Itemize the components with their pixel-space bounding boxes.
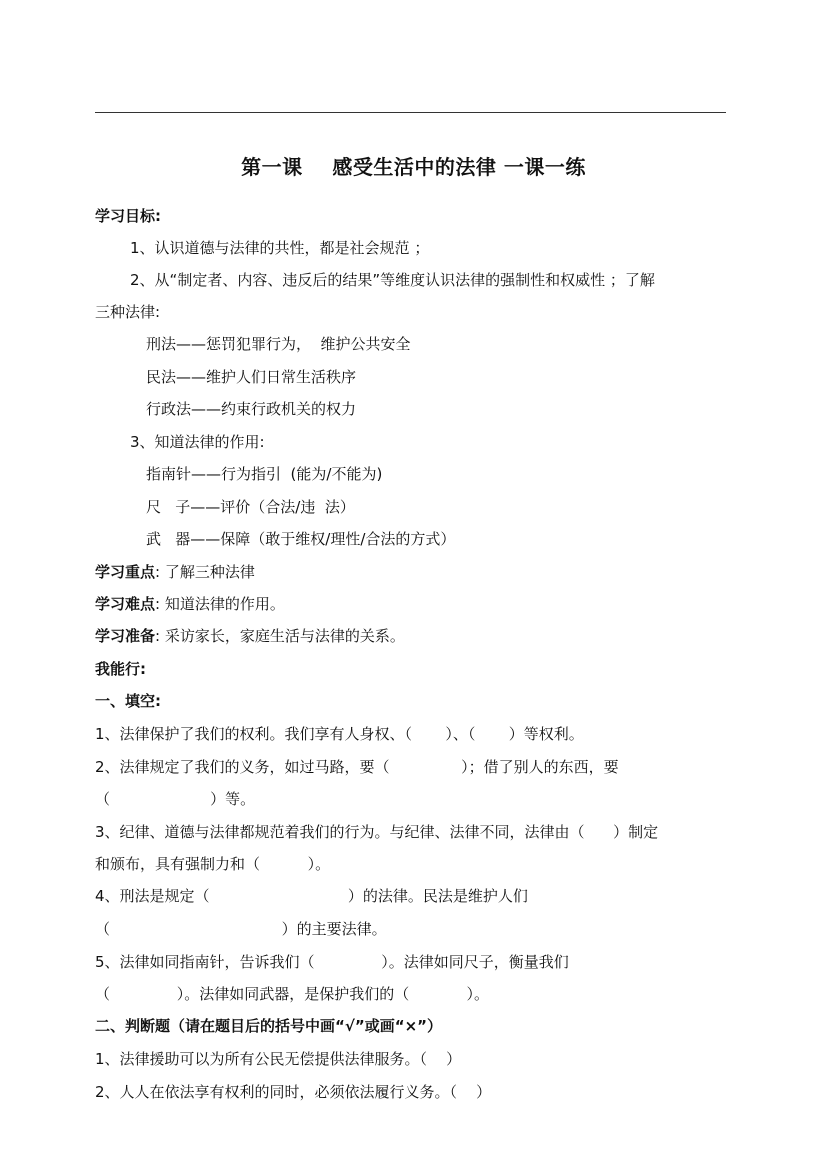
key-point-label: 学习重点 [95, 563, 155, 581]
fill-blank-2-cont: （ ）等。 [95, 789, 255, 809]
law-administrative: 行政法——约束行政机关的权力 [146, 399, 356, 419]
role-compass: 指南针——行为指引 (能为/不能为) [146, 464, 382, 484]
judgment-1: 1、法律援助可以为所有公民无偿提供法律服务。（ ） [95, 1049, 461, 1069]
role-weapon: 武 器——保障（敢于维权/理性/合法的方式） [146, 529, 455, 549]
key-point: 学习重点: 了解三种法律 [95, 562, 255, 582]
fill-blank-5-cont: （ ）。法律如同武器，是保护我们的（ ）。 [95, 984, 489, 1004]
objectives-heading: 学习目标: [95, 206, 161, 226]
fill-blank-5: 5、法律如同指南针，告诉我们（ ）。法律如同尺子，衡量我们 [95, 952, 569, 972]
preparation-text: : 采访家长，家庭生活与法律的关系。 [155, 627, 405, 645]
section1-heading: 一、填空: [95, 691, 161, 711]
objective-item-3: 3、知道法律的作用: [130, 432, 265, 452]
fill-blank-1: 1、法律保护了我们的权利。我们享有人身权、（ ）、（ ）等权利。 [95, 724, 584, 744]
objective-item-1: 1、认识道德与法律的共性，都是社会规范 ； [130, 238, 429, 258]
law-civil: 民法——维护人们日常生活秩序 [146, 367, 356, 387]
judgment-2: 2、人人在依法享有权利的同时，必须依法履行义务。（ ） [95, 1082, 491, 1102]
objective-item-2-cont: 三种法律: [95, 302, 160, 322]
fill-blank-2: 2、法律规定了我们的义务，如过马路，要（ ）；借了别人的东西，要 [95, 757, 619, 777]
fill-blank-4: 4、刑法是规定（ ）的法律。民法是维护人们 [95, 886, 528, 906]
section2-heading: 二、判断题（请在题目后的括号中画“√”或画“×”） [95, 1016, 442, 1036]
role-ruler: 尺 子——评价（合法/违 法） [146, 497, 355, 517]
header-rule [95, 112, 726, 113]
difficulty: 学习难点: 知道法律的作用。 [95, 594, 285, 614]
difficulty-text: : 知道法律的作用。 [155, 595, 285, 613]
objective-item-2: 2、从“制定者、内容、违反后的结果”等维度认识法律的强制性和权威性 ；了解 [130, 270, 655, 290]
preparation-label: 学习准备 [95, 627, 155, 645]
fill-blank-3-cont: 和颁布，具有强制力和（ ）。 [95, 854, 330, 874]
law-criminal: 刑法——惩罚犯罪行为， 维护公共安全 [146, 334, 411, 354]
fill-blank-3: 3、纪律、道德与法律都规范着我们的行为。与纪律、法律不同，法律由（ ）制定 [95, 822, 658, 842]
page-title: 第一课 感受生活中的法律 一课一练 [0, 151, 827, 180]
difficulty-label: 学习难点 [95, 595, 155, 613]
i-can-heading: 我能行: [95, 659, 146, 679]
key-point-text: : 了解三种法律 [155, 563, 255, 581]
fill-blank-4-cont: （ ）的主要法律。 [95, 919, 387, 939]
preparation: 学习准备: 采访家长，家庭生活与法律的关系。 [95, 626, 405, 646]
